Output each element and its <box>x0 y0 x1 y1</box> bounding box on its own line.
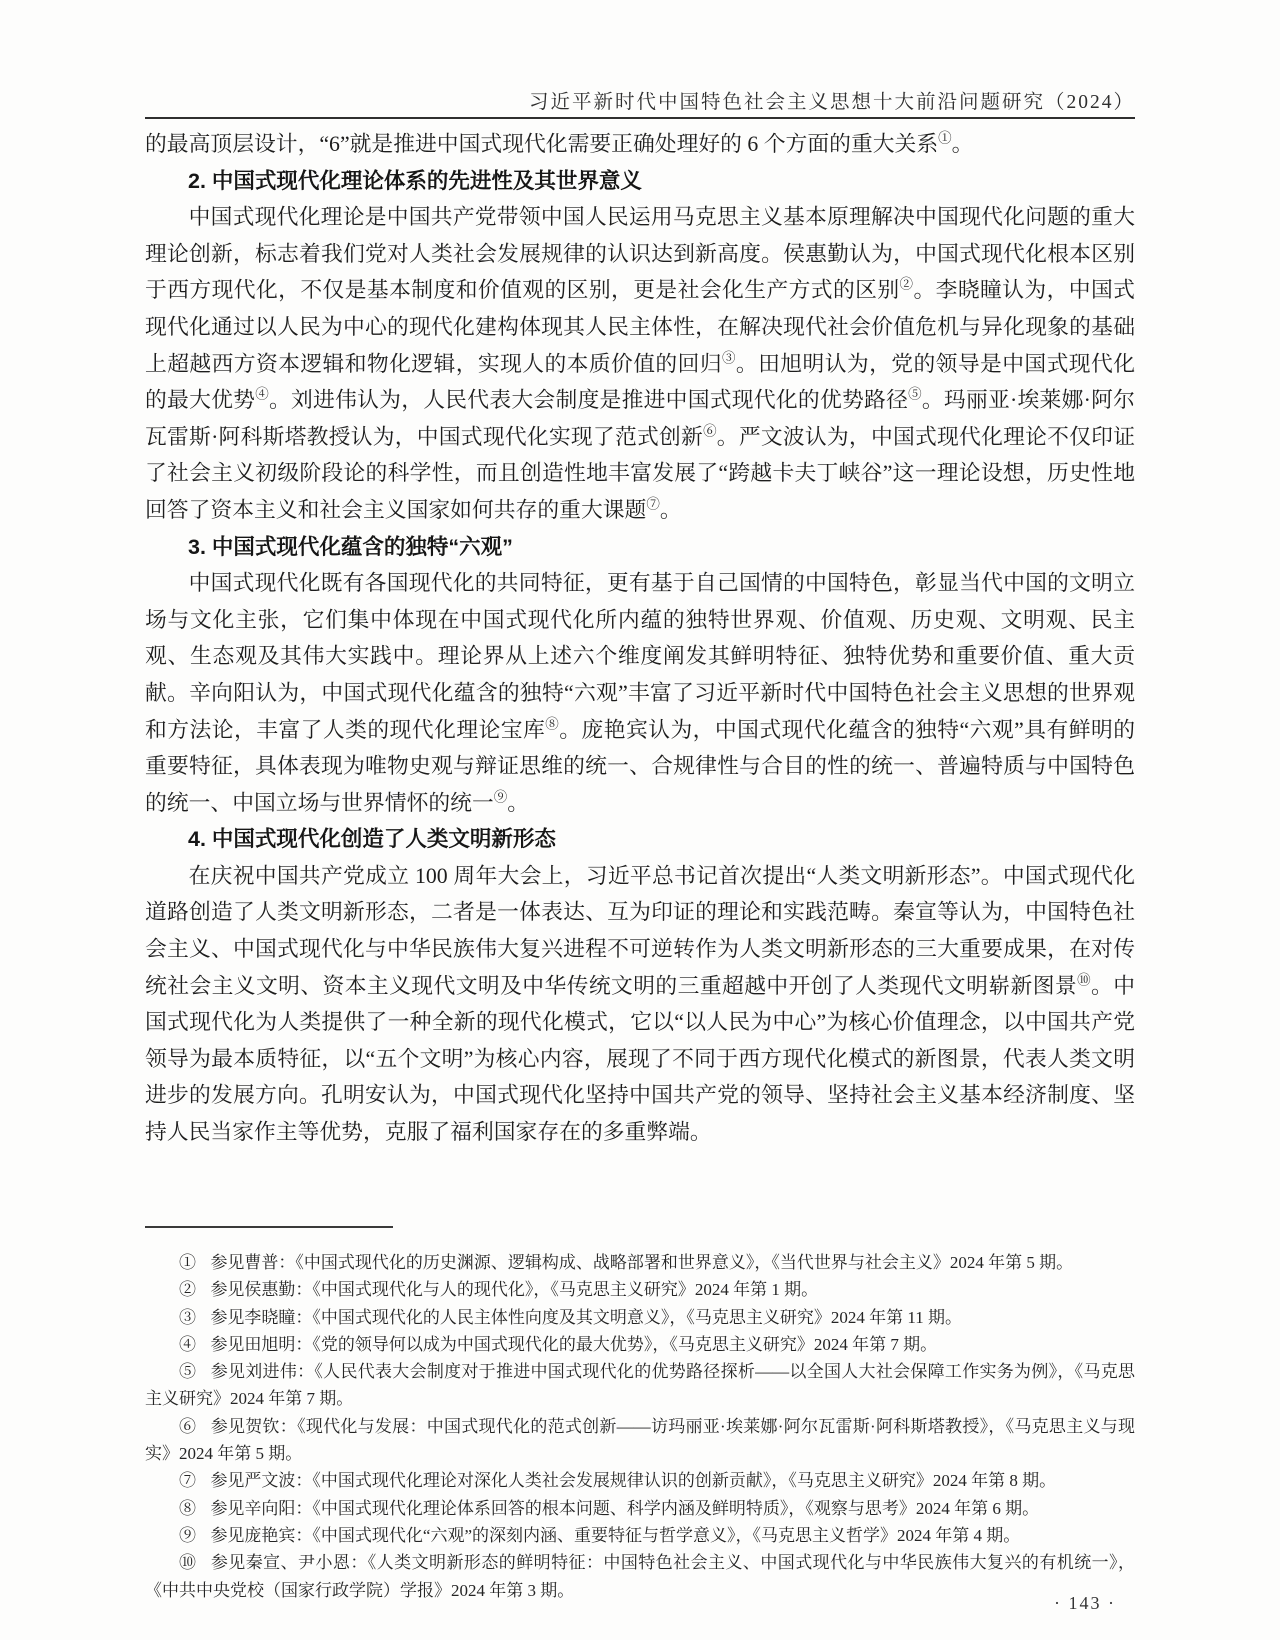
footnote-marker: ⑥ <box>179 1417 196 1436</box>
footnote-ref: ⑥ <box>703 423 717 438</box>
section: 3. 中国式现代化蕴含的独特“六观” 中国式现代化既有各国现代化的共同特征，更有… <box>145 529 1135 822</box>
footnote-marker: ⑩ <box>179 1553 196 1572</box>
footnote-ref: ⑤ <box>908 387 922 402</box>
footnote-item: ⑩参见秦宣、尹小恩：《人类文明新形态的鲜明特征：中国特色社会主义、中国式现代化与… <box>145 1549 1135 1604</box>
footnote-item: ⑤参见刘进伟：《人民代表大会制度对于推进中国式现代化的优势路径探析——以全国人大… <box>145 1358 1135 1413</box>
footnote-ref: ② <box>900 277 914 292</box>
footnote-text: 参见曹普：《中国式现代化的历史渊源、逻辑构成、战略部署和世界意义》，《当代世界与… <box>210 1253 1073 1272</box>
running-title: 习近平新时代中国特色社会主义思想十大前沿问题研究（2024） <box>145 86 1135 114</box>
section: 4. 中国式现代化创造了人类文明新形态 在庆祝中国共产党成立 100 周年大会上… <box>145 821 1135 1150</box>
sections-container: 2. 中国式现代化理论体系的先进性及其世界意义 中国式现代化理论是中国共产党带领… <box>145 163 1135 1151</box>
footnote-item: ②参见侯惠勤：《中国式现代化与人的现代化》，《马克思主义研究》2024 年第 1… <box>145 1276 1135 1303</box>
footnote-ref: ④ <box>255 387 269 402</box>
footnote-text: 参见田旭明：《党的领导何以成为中国式现代化的最大优势》，《马克思主义研究》202… <box>210 1335 937 1354</box>
footnote-ref: ③ <box>722 350 736 365</box>
footnote-item: ⑧参见辛向阳：《中国式现代化理论体系回答的根本问题、科学内涵及鲜明特质》，《观察… <box>145 1495 1135 1522</box>
footnote-ref: ⑦ <box>646 497 660 512</box>
document-page: 习近平新时代中国特色社会主义思想十大前沿问题研究（2024） 的最高顶层设计，“… <box>0 0 1280 1640</box>
paragraph: 在庆祝中国共产党成立 100 周年大会上，习近平总书记首次提出“人类文明新形态”… <box>145 858 1135 1151</box>
footnote-ref: ① <box>938 131 952 146</box>
footnote-item: ④参见田旭明：《党的领导何以成为中国式现代化的最大优势》，《马克思主义研究》20… <box>145 1331 1135 1358</box>
section-heading: 2. 中国式现代化理论体系的先进性及其世界意义 <box>145 163 1135 200</box>
footnote-text: 参见刘进伟：《人民代表大会制度对于推进中国式现代化的优势路径探析——以全国人大社… <box>145 1362 1135 1408</box>
footnote-item: ③参见李晓瞳：《中国式现代化的人民主体性向度及其文明意义》，《马克思主义研究》2… <box>145 1304 1135 1331</box>
footnote-text: 参见辛向阳：《中国式现代化理论体系回答的根本问题、科学内涵及鲜明特质》，《观察与… <box>210 1499 1039 1518</box>
footnote-text: 参见秦宣、尹小恩：《人类文明新形态的鲜明特征：中国特色社会主义、中国式现代化与中… <box>145 1553 1135 1599</box>
footnote-item: ⑨参见庞艳宾：《中国式现代化“六观”的深刻内涵、重要特征与哲学意义》，《马克思主… <box>145 1522 1135 1549</box>
footnote-marker: ⑧ <box>179 1499 196 1518</box>
footnote-item: ⑦参见严文波：《中国式现代化理论对深化人类社会发展规律认识的创新贡献》，《马克思… <box>145 1467 1135 1494</box>
footnote-marker: ② <box>179 1280 196 1299</box>
footnote-ref: ⑩ <box>1077 972 1091 987</box>
footnote-separator <box>145 1226 393 1228</box>
footnote-marker: ⑦ <box>179 1471 196 1490</box>
footnote-marker: ③ <box>179 1308 196 1327</box>
main-text: 的最高顶层设计，“6”就是推进中国式现代化需要正确处理好的 6 个方面的重大关系… <box>145 126 1135 1151</box>
footnote-marker: ④ <box>179 1335 196 1354</box>
paragraph: 中国式现代化理论是中国共产党带领中国人民运用马克思主义基本原理解决中国现代化问题… <box>145 199 1135 528</box>
footnote-marker: ① <box>179 1253 196 1272</box>
footnote-marker: ⑨ <box>179 1526 196 1545</box>
footnotes: ①参见曹普：《中国式现代化的历史渊源、逻辑构成、战略部署和世界意义》，《当代世界… <box>145 1249 1135 1604</box>
footnote-marker: ⑤ <box>179 1362 196 1381</box>
page-number: · 143 · <box>1020 1593 1150 1614</box>
footnote-text: 参见严文波：《中国式现代化理论对深化人类社会发展规律认识的创新贡献》，《马克思主… <box>210 1471 1056 1490</box>
footnote-item: ①参见曹普：《中国式现代化的历史渊源、逻辑构成、战略部署和世界意义》，《当代世界… <box>145 1249 1135 1276</box>
section: 2. 中国式现代化理论体系的先进性及其世界意义 中国式现代化理论是中国共产党带领… <box>145 163 1135 529</box>
continuation-paragraph: 的最高顶层设计，“6”就是推进中国式现代化需要正确处理好的 6 个方面的重大关系… <box>145 126 1135 163</box>
paragraph: 中国式现代化既有各国现代化的共同特征，更有基于自己国情的中国特色，彰显当代中国的… <box>145 565 1135 821</box>
footnote-ref: ⑧ <box>545 716 559 731</box>
footnote-text: 参见贺钦：《现代化与发展：中国式现代化的范式创新——访玛丽亚·埃莱娜·阿尔瓦雷斯… <box>145 1417 1135 1463</box>
footnote-text: 参见李晓瞳：《中国式现代化的人民主体性向度及其文明意义》，《马克思主义研究》20… <box>210 1308 962 1327</box>
footnote-text: 参见庞艳宾：《中国式现代化“六观”的深刻内涵、重要特征与哲学意义》，《马克思主义… <box>210 1526 1020 1545</box>
footnote-item: ⑥参见贺钦：《现代化与发展：中国式现代化的范式创新——访玛丽亚·埃莱娜·阿尔瓦雷… <box>145 1413 1135 1468</box>
section-heading: 3. 中国式现代化蕴含的独特“六观” <box>145 529 1135 566</box>
section-heading: 4. 中国式现代化创造了人类文明新形态 <box>145 821 1135 858</box>
footnote-ref: ⑨ <box>494 789 508 804</box>
header-rule <box>145 117 1135 119</box>
footnote-text: 参见侯惠勤：《中国式现代化与人的现代化》，《马克思主义研究》2024 年第 1 … <box>210 1280 818 1299</box>
